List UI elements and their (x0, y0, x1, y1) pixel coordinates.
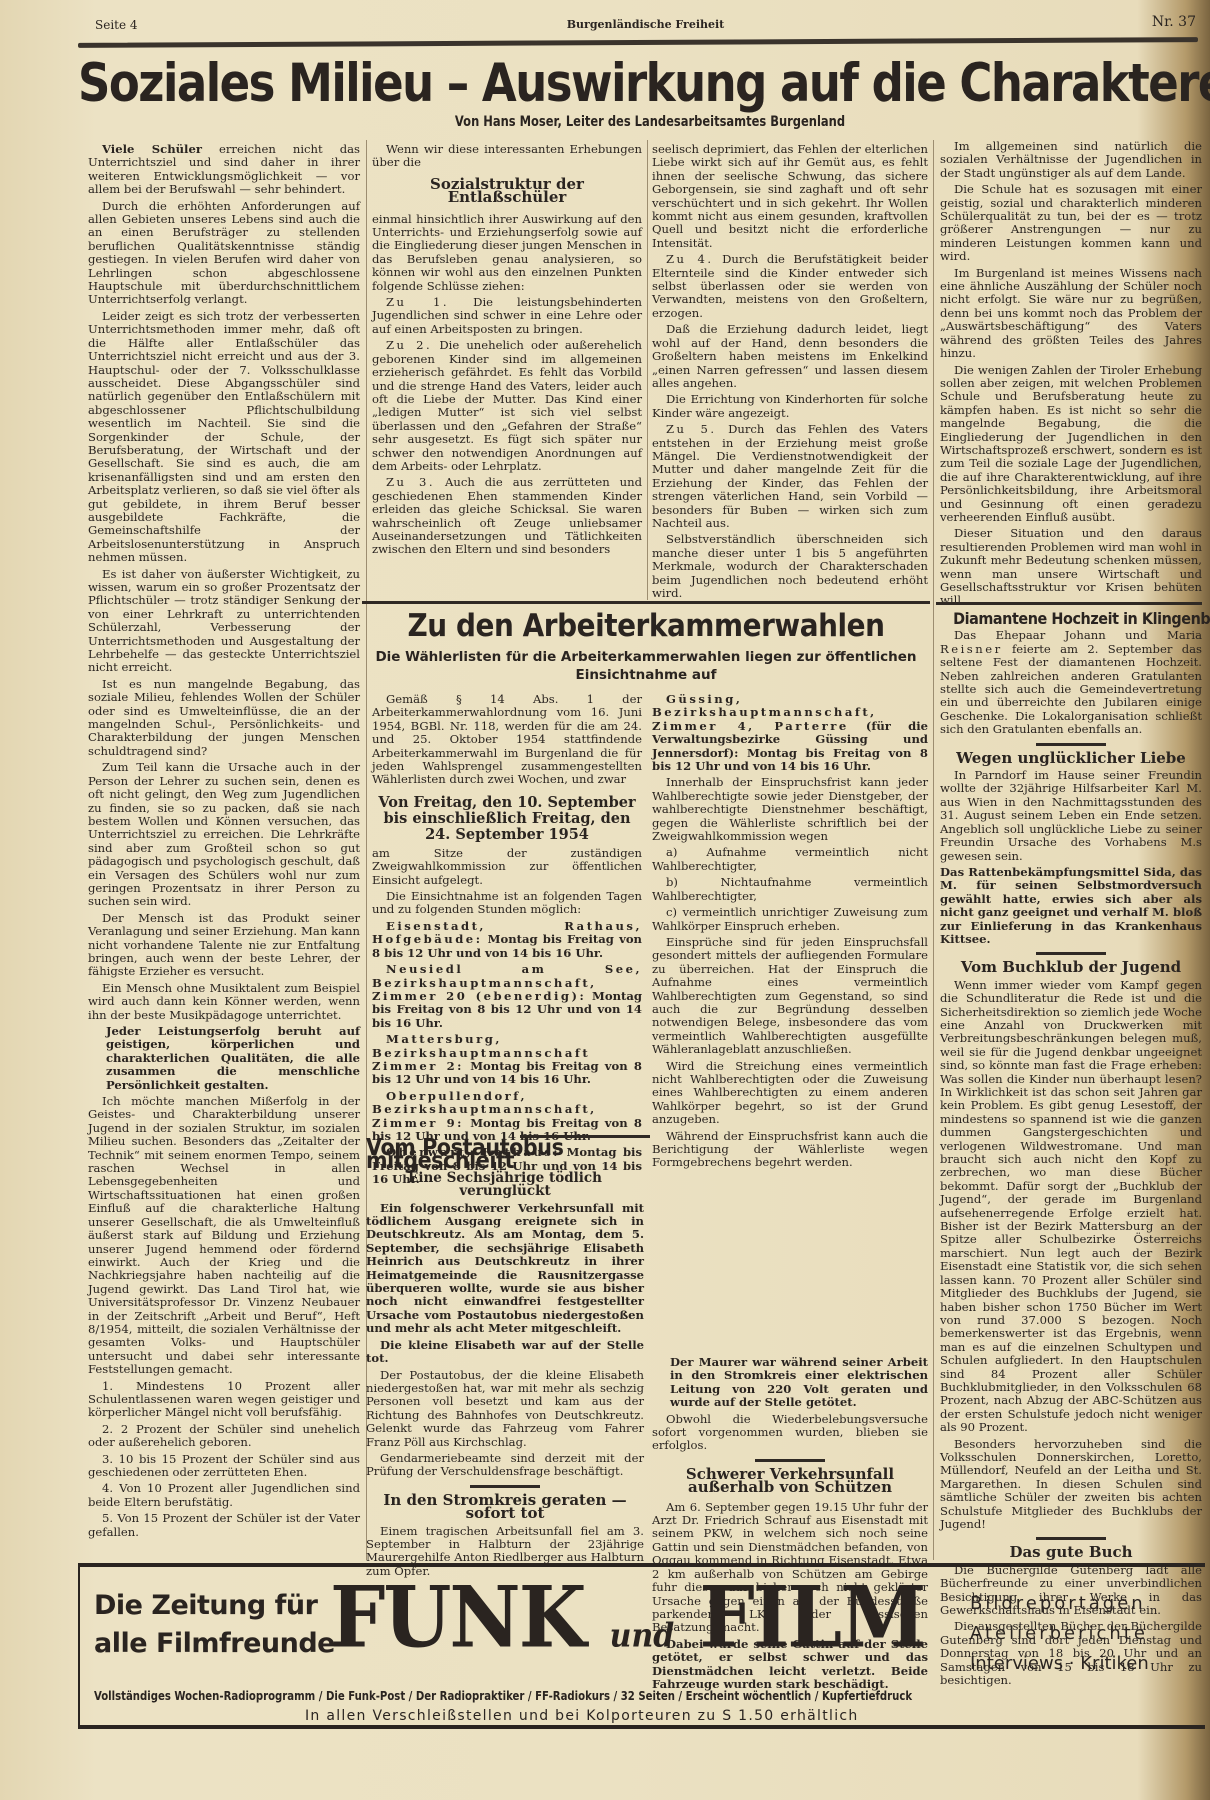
liebe-p1: In Parndorf im Hause seiner Freundin wol… (940, 769, 1202, 863)
liebe-bold: Das Rattenbekämpfungsmittel Sida, das M.… (940, 866, 1202, 946)
article-paragraph: 3. 10 bis 15 Prozent der Schüler sind au… (88, 1453, 360, 1480)
paragraph-lead: Zu 5. (666, 422, 717, 436)
hochzeit-text: Das Ehepaar Johann und Maria Reisner fei… (940, 629, 1202, 736)
paragraph-lead: Zu 1. (386, 295, 449, 309)
article-paragraph: Die Errichtung von Kinderhorten für solc… (652, 393, 928, 420)
article-paragraph: Die wenigen Zahlen der Tiroler Erhebung … (940, 364, 1202, 525)
ak-subheadline: Die Wählerlisten für die Arbeiterkammerw… (362, 648, 930, 684)
header-rule (78, 37, 1198, 48)
ak-paragraph: Einsprüche sind für jeden Einspruchsfall… (652, 936, 928, 1057)
short-rule (1036, 1537, 1106, 1540)
col2-subhead: Sozialstruktur der Entlaßschüler (372, 178, 642, 205)
ak-location: Mattersburg, Bezirkshauptmannschaft Zimm… (372, 1033, 642, 1087)
main-article-column-3: seelisch deprimiert, das Fehlen der elte… (652, 143, 928, 603)
section-rule (362, 601, 930, 604)
newspaper-name: Burgenländische Freiheit (95, 18, 1196, 31)
bus-lead: Ein folgenschwerer Verkehrsunfall mit tö… (366, 1202, 644, 1336)
bus-bold-2: Die kleine Elisabeth war auf der Stelle … (366, 1339, 644, 1366)
ak-date-range: Von Freitag, den 10. September bis einsc… (372, 795, 642, 843)
article-paragraph: Zu 4. Durch die Berufstätigkeit beider E… (652, 253, 928, 320)
paragraph-lead: Zu 2. (386, 338, 432, 352)
article-paragraph: Daß die Erziehung dadurch leidet, liegt … (652, 323, 928, 390)
article-paragraph: 5. Von 15 Prozent der Schüler ist der Va… (88, 1512, 360, 1539)
ak-paragraph: Wird die Streichung eines vermeintlich n… (652, 1060, 928, 1127)
buchklub-p1: Wenn immer wieder vom Kampf gegen die Sc… (940, 979, 1202, 1435)
main-article-column-4: Im allgemeinen sind natürlich die sozial… (940, 140, 1202, 611)
ak-paragraph: b) Nichtaufnahme vermeintlich Wahlberech… (652, 876, 928, 903)
buch-headline: Das gute Buch (940, 1546, 1202, 1559)
paragraph-lead: Zu 3. (386, 475, 435, 489)
article-paragraph: Es ist daher von äußerster Wichtigkeit, … (88, 568, 360, 675)
article-paragraph: Viele Schüler erreichen nicht das Unterr… (88, 143, 360, 197)
page-header: Seite 4 Burgenländische Freiheit Nr. 37 (95, 14, 1196, 36)
article-paragraph: Im allgemeinen sind natürlich die sozial… (940, 140, 1202, 180)
ak-hours-intro: Die Einsichtnahme ist an folgenden Tagen… (372, 890, 642, 917)
article-paragraph: seelisch deprimiert, das Fehlen der elte… (652, 143, 928, 250)
article-paragraph: 4. Von 10 Prozent aller Jugendlichen sin… (88, 1482, 360, 1509)
ad-contents-line: Vollständiges Wochen-Radioprogramm / Die… (94, 1688, 912, 1703)
main-article-column-1: Viele Schüler erreichen nicht das Unterr… (88, 143, 360, 1542)
buchklub-p2: Besonders hervorzuheben sind die Volkssc… (940, 1438, 1202, 1532)
newspaper-page: Seite 4 Burgenländische Freiheit Nr. 37 … (0, 0, 1210, 1800)
article-paragraph: Leider zeigt es sich trotz der verbesser… (88, 310, 360, 565)
column-divider (933, 140, 934, 1560)
buchklub-headline: Vom Buchklub der Jugend (940, 961, 1202, 974)
short-rule (470, 1485, 540, 1488)
ak-headline: Zu den Arbeiterkammerwahlen (390, 608, 901, 644)
article-paragraph: Selbstverständlich überschneiden sich ma… (652, 533, 928, 600)
article-paragraph: Zu 2. Die unehelich oder außerehelich ge… (372, 339, 642, 473)
ad-features: Bildreportagen Atelierberichte Interview… (970, 1589, 1149, 1679)
ak-location-place: Eisenstadt, Rathaus, Hofgebäude: (372, 919, 642, 946)
ak-location: Eisenstadt, Rathaus, Hofgebäude: Montag … (372, 920, 642, 960)
strom-p2: Obwohl die Wiederbelebungsversuche sofor… (652, 1413, 928, 1453)
bus-headline: Vom Postautobus mitgeschleift (366, 1142, 616, 1169)
short-rule (1036, 743, 1106, 746)
article-paragraph: Jeder Leistungserfolg beruht auf geistig… (88, 1025, 360, 1092)
short-rule (755, 1459, 825, 1462)
article-paragraph: einmal hinsichtlich ihrer Auswirkung auf… (372, 213, 642, 293)
article-paragraph: Die Schule hat es sozusagen mit einer ge… (940, 183, 1202, 263)
short-rule (1036, 952, 1106, 955)
article-paragraph: Der Mensch ist das Produkt seiner Veranl… (88, 912, 360, 979)
hochzeit-headline: Diamantene Hochzeit in Klingenbach (953, 612, 1189, 625)
main-byline: Von Hans Moser, Leiter des Landesarbeits… (412, 114, 888, 130)
ak-article-header: Zu den Arbeiterkammerwahlen Die Wählerli… (362, 608, 930, 684)
article-paragraph: 2. 2 Prozent der Schüler sind unehelich … (88, 1423, 360, 1450)
ad-tagline: Die Zeitung für alle Filmfreunde (94, 1587, 335, 1663)
article-paragraph: 1. Mindestens 10 Prozent aller Schulentl… (88, 1380, 360, 1420)
main-article-column-2: Wenn wir diese interessanten Erhebungen … (372, 143, 642, 560)
article-paragraph: Ich möchte manchen Mißerfolg in der Geis… (88, 1095, 360, 1377)
ak-intro: Gemäß § 14 Abs. 1 der Arbeiterkammerwahl… (372, 693, 642, 787)
column-divider (647, 140, 648, 600)
ak-location-place: Oberpullendorf, Bezirkshauptmannschaft, … (372, 1089, 597, 1130)
bus-subheadline: Eine Sechsjährige tödlich verunglückt (366, 1172, 644, 1199)
ak-location: Neusiedl am See, Bezirkshauptmannschaft,… (372, 963, 642, 1030)
bus-p1: Der Postautobus, der die kleine Elisabet… (366, 1369, 644, 1449)
article-paragraph: Zu 1. Die leistungsbehinderten Jugendlic… (372, 296, 642, 336)
ak-article-left: Gemäß § 14 Abs. 1 der Arbeiterkammerwahl… (372, 693, 642, 1190)
ak-paragraph: Während der Einspruchsfrist kann auch di… (652, 1130, 928, 1170)
article-paragraph: Ein Mensch ohne Musiktalent zum Beispiel… (88, 982, 360, 1022)
ak-location-guessing: Güssing, Bezirkshauptmannschaft, Zimmer … (652, 693, 928, 773)
funk-und-film-advertisement: Die Zeitung für alle Filmfreunde FUNK un… (78, 1563, 1205, 1729)
ak-location-place: Neusiedl am See, Bezirkshauptmannschaft,… (372, 962, 642, 1003)
main-headline: Soziales Milieu – Auswirkung auf die Cha… (78, 54, 1208, 113)
article-paragraph: Ist es nun mangelnde Begabung, das sozia… (88, 678, 360, 758)
schuetzen-headline: Schwerer Verkehrsunfall außerhalb von Sc… (652, 1468, 928, 1495)
article-paragraph: Im Burgenland ist meines Wissens nach ei… (940, 267, 1202, 361)
bus-article: Vom Postautobus mitgeschleift Eine Sechs… (366, 1140, 644, 1581)
strom-headline: In den Stromkreis geraten — sofort tot (366, 1494, 644, 1521)
bus-p2: Gendarmeriebeamte sind derzeit mit der P… (366, 1452, 644, 1479)
paragraph-lead: Zu 4. (666, 252, 714, 266)
article-paragraph: Zu 5. Durch das Fehlen des Vaters entste… (652, 423, 928, 530)
ak-paragraph: Innerhalb der Einspruchsfrist kann jeder… (652, 776, 928, 843)
section-rule (936, 602, 1202, 605)
ak-paragraph: a) Aufnahme vermeintlich nicht Wahlberec… (652, 846, 928, 873)
ak-after-date: am Sitze der zuständigen Zweigwahlkommis… (372, 847, 642, 887)
ak-location-place: Mattersburg, Bezirkshauptmannschaft Zimm… (372, 1032, 590, 1073)
right-column-lower: Diamantene Hochzeit in Klingenbach Das E… (940, 610, 1202, 1690)
strom-bold: Der Maurer war während seiner Arbeit in … (652, 1356, 928, 1410)
article-paragraph: Zu 3. Auch die aus zerrütteten und gesch… (372, 476, 642, 556)
ad-brand: FUNK und FILM (330, 1575, 924, 1680)
paragraph-lead: Viele Schüler (102, 142, 202, 156)
article-paragraph: Durch die erhöhten Anforderungen auf all… (88, 200, 360, 307)
article-paragraph: Dieser Situation und den daraus resultie… (940, 527, 1202, 607)
ak-article-right: Güssing, Bezirkshauptmannschaft, Zimmer … (652, 693, 928, 1173)
article-paragraph: Zum Teil kann die Ursache auch in der Pe… (88, 761, 360, 908)
liebe-headline: Wegen unglücklicher Liebe (940, 752, 1202, 765)
col2-intro: Wenn wir diese interessanten Erhebungen … (372, 143, 642, 170)
ak-paragraph: c) vermeintlich unrichtiger Zuweisung zu… (652, 906, 928, 933)
ad-price-line: In allen Verschleißstellen und bei Kolpo… (305, 1708, 859, 1724)
issue-number: Nr. 37 (1152, 14, 1196, 30)
